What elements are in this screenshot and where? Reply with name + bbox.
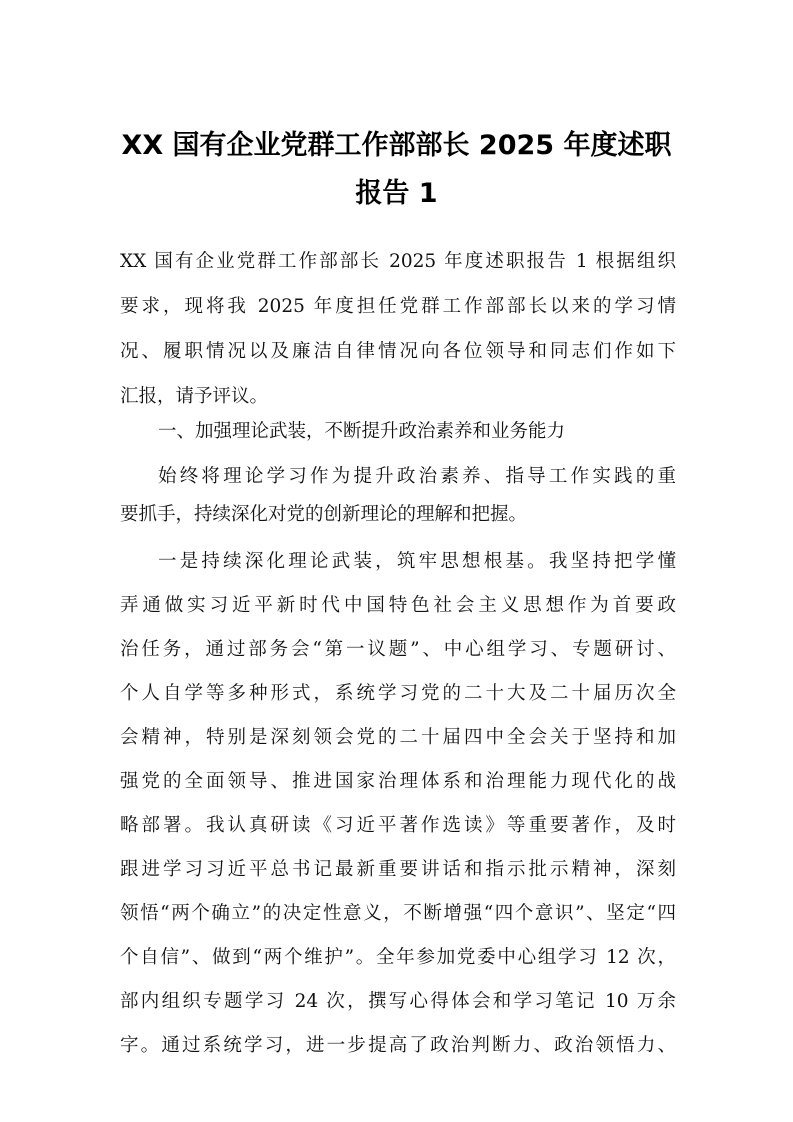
document-title-line-1: XX 国有企业党群工作部部长 2025 年度述职 xyxy=(0,126,793,166)
paragraph-line: 略部署。我认真研读《习近平著作选读》等重要著作，及时 xyxy=(120,811,676,841)
paragraph-line: 弄通做实习近平新时代中国特色社会主义思想作为首要政 xyxy=(120,591,676,621)
paragraph-intro-line: XX 国有企业党群工作部部长 2025 年度述职报告 1 根据组织 xyxy=(120,247,676,277)
paragraph-line: 个人自学等多种形式，系统学习党的二十大及二十届历次全 xyxy=(120,679,676,709)
document-title-line-2: 报告 1 xyxy=(0,174,793,214)
paragraph-intro-line: 汇报，请予评议。 xyxy=(120,382,676,412)
paragraph-line: 始终将理论学习作为提升政治素养、指导工作实践的重 xyxy=(158,462,676,492)
paragraph-intro-line: 况、履职情况以及廉洁自律情况向各位领导和同志们作如下 xyxy=(120,337,676,367)
paragraph-line: 跟进学习习近平总书记最新重要讲话和指示批示精神，深刻 xyxy=(120,855,676,885)
section-heading-1: 一、加强理论武装，不断提升政治素养和业务能力 xyxy=(158,417,676,447)
paragraph-line: 会精神，特别是深刻领会党的二十届四中全会关于坚持和加 xyxy=(120,723,676,753)
paragraph-line: 一是持续深化理论武装，筑牢思想根基。我坚持把学懂 xyxy=(158,547,676,577)
paragraph-line: 字。通过系统学习，进一步提高了政治判断力、政治领悟力、 xyxy=(120,1031,676,1061)
document-page: XX 国有企业党群工作部部长 2025 年度述职 报告 1 XX 国有企业党群工… xyxy=(0,0,793,1122)
paragraph-line: 强党的全面领导、推进国家治理体系和治理能力现代化的战 xyxy=(120,767,676,797)
paragraph-line: 要抓手，持续深化对党的创新理论的理解和把握。 xyxy=(120,500,676,530)
paragraph-line: 治任务，通过部务会“第一议题”、中心组学习、专题研讨、 xyxy=(120,635,676,665)
paragraph-intro-line: 要求，现将我 2025 年度担任党群工作部部长以来的学习情 xyxy=(120,292,676,322)
paragraph-line: 部内组织专题学习 24 次，撰写心得体会和学习笔记 10 万余 xyxy=(120,987,676,1017)
paragraph-line: 领悟“两个确立”的决定性意义，不断增强“四个意识”、坚定“四 xyxy=(120,899,676,929)
paragraph-line: 个自信”、做到“两个维护”。全年参加党委中心组学习 12 次， xyxy=(120,943,676,973)
